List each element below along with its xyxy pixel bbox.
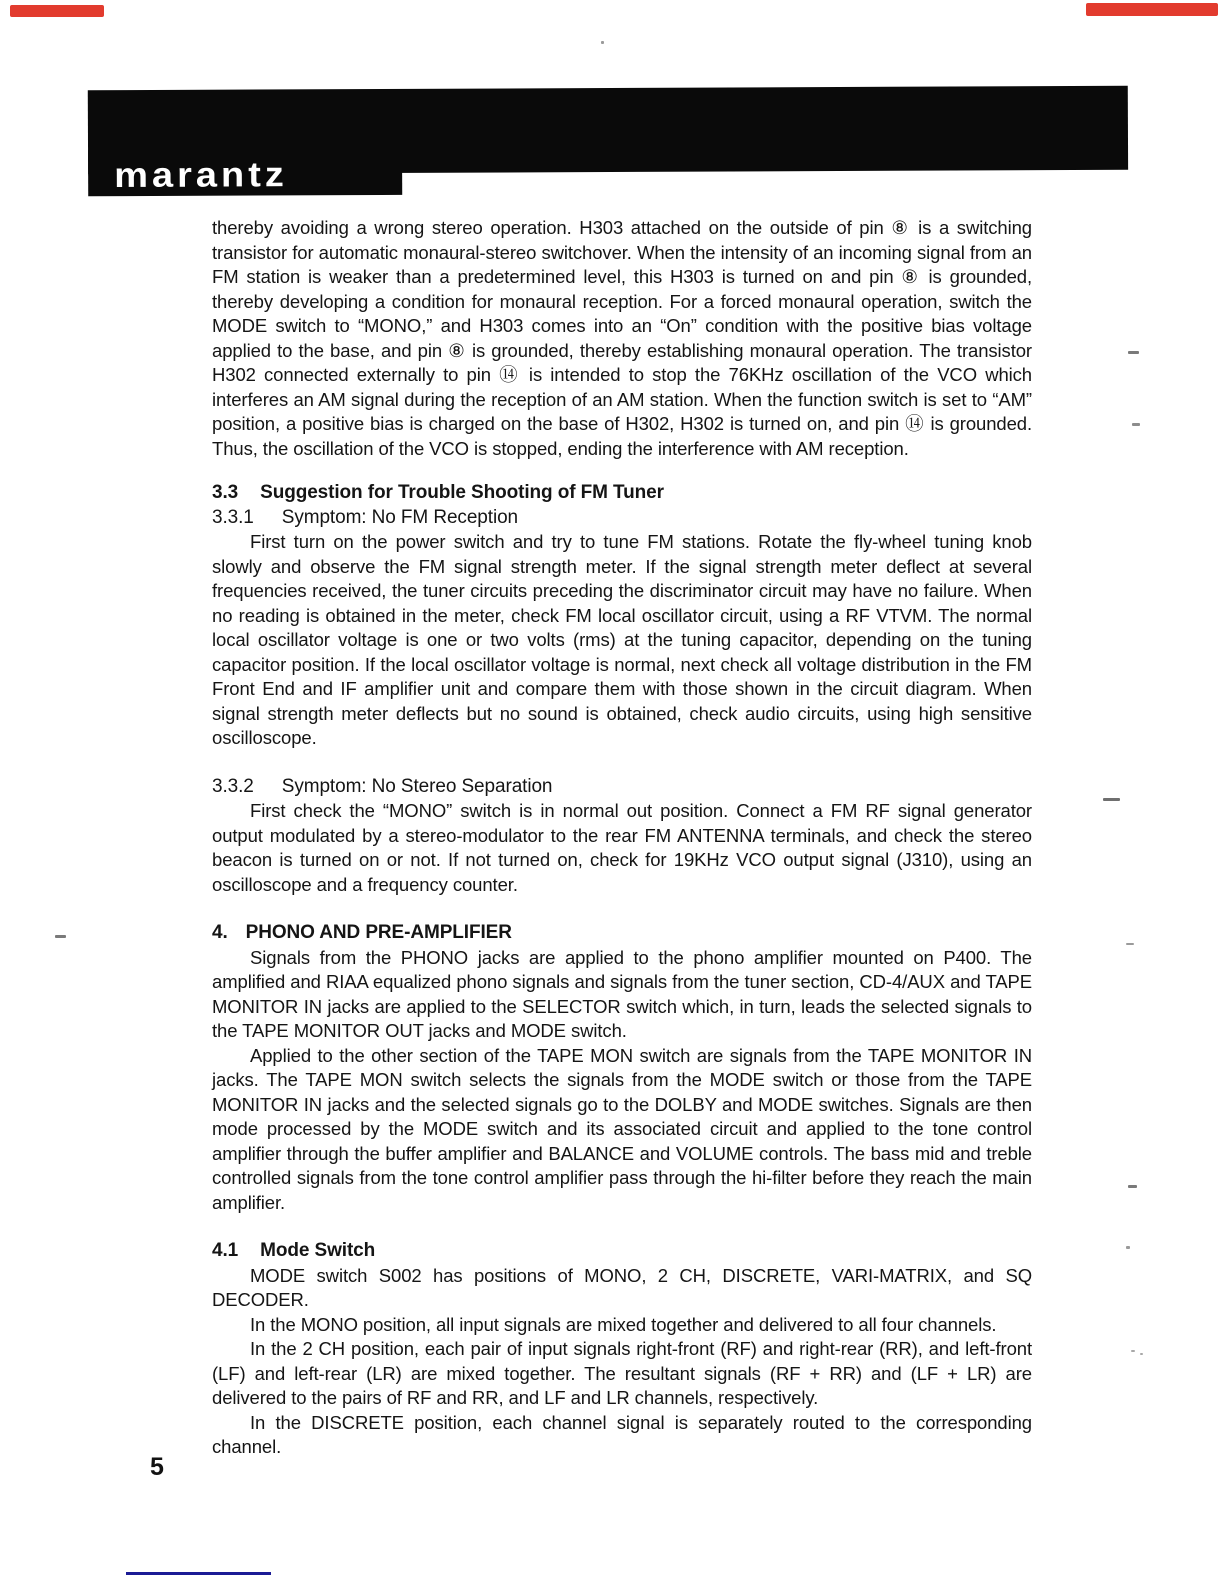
footer-rule (126, 1572, 271, 1575)
paragraph-3-3-2: First check the “MONO” switch is in norm… (212, 799, 1032, 897)
section-heading-4-1: 4.1Mode Switch (212, 1239, 1032, 1264)
scan-speck (601, 41, 604, 44)
section-title: Symptom: No FM Reception (282, 507, 518, 528)
red-corner-mark-right (1086, 3, 1218, 16)
section-title: Suggestion for Trouble Shooting of FM Tu… (260, 482, 664, 503)
paragraph-3-3-1: First turn on the power switch and try t… (212, 530, 1032, 751)
scan-speck (1126, 943, 1134, 945)
section-number: 3.3.1 (212, 506, 254, 531)
brand-logo-box: marantz (88, 149, 402, 196)
brand-logo-text: marantz (88, 158, 288, 197)
section-number: 3.3.2 (212, 775, 254, 800)
scan-speck (1128, 1185, 1137, 1188)
section-heading-4: 4.PHONO AND PRE-AMPLIFIER (212, 921, 1032, 946)
section-title: Mode Switch (260, 1240, 375, 1261)
paragraph-4-1-b: In the MONO position, all input signals … (212, 1313, 1032, 1338)
page-number: 5 (150, 1453, 164, 1482)
scan-speck (1103, 798, 1120, 801)
section-title: PHONO AND PRE-AMPLIFIER (246, 922, 512, 943)
scanned-manual-page: marantz thereby avoiding a wrong stereo … (0, 0, 1224, 1584)
section-number: 4. (212, 921, 228, 946)
red-corner-mark-left (10, 5, 104, 17)
scan-speck (1126, 1246, 1130, 1249)
document-body: thereby avoiding a wrong stereo operatio… (212, 216, 1032, 1460)
paragraph-4-1-d: In the DISCRETE position, each channel s… (212, 1411, 1032, 1460)
scan-speck (55, 935, 66, 938)
paragraph-4-a: Signals from the PHONO jacks are applied… (212, 946, 1032, 1044)
scan-speck (1140, 1353, 1143, 1355)
paragraph-4-1-c: In the 2 CH position, each pair of input… (212, 1337, 1032, 1411)
paragraph-4-b: Applied to the other section of the TAPE… (212, 1044, 1032, 1216)
scan-speck (1132, 423, 1140, 426)
intro-paragraph: thereby avoiding a wrong stereo operatio… (212, 216, 1032, 461)
section-number: 4.1 (212, 1239, 238, 1264)
scan-speck (1128, 351, 1139, 354)
page-header: marantz (88, 86, 1132, 199)
section-heading-3-3-2: 3.3.2Symptom: No Stereo Separation (212, 775, 1032, 800)
section-heading-3-3: 3.3Suggestion for Trouble Shooting of FM… (212, 481, 1032, 506)
section-heading-3-3-1: 3.3.1Symptom: No FM Reception (212, 506, 1032, 531)
section-number: 3.3 (212, 481, 238, 506)
section-title: Symptom: No Stereo Separation (282, 776, 553, 797)
scan-speck (1131, 1350, 1135, 1352)
paragraph-4-1-a: MODE switch S002 has positions of MONO, … (212, 1264, 1032, 1313)
